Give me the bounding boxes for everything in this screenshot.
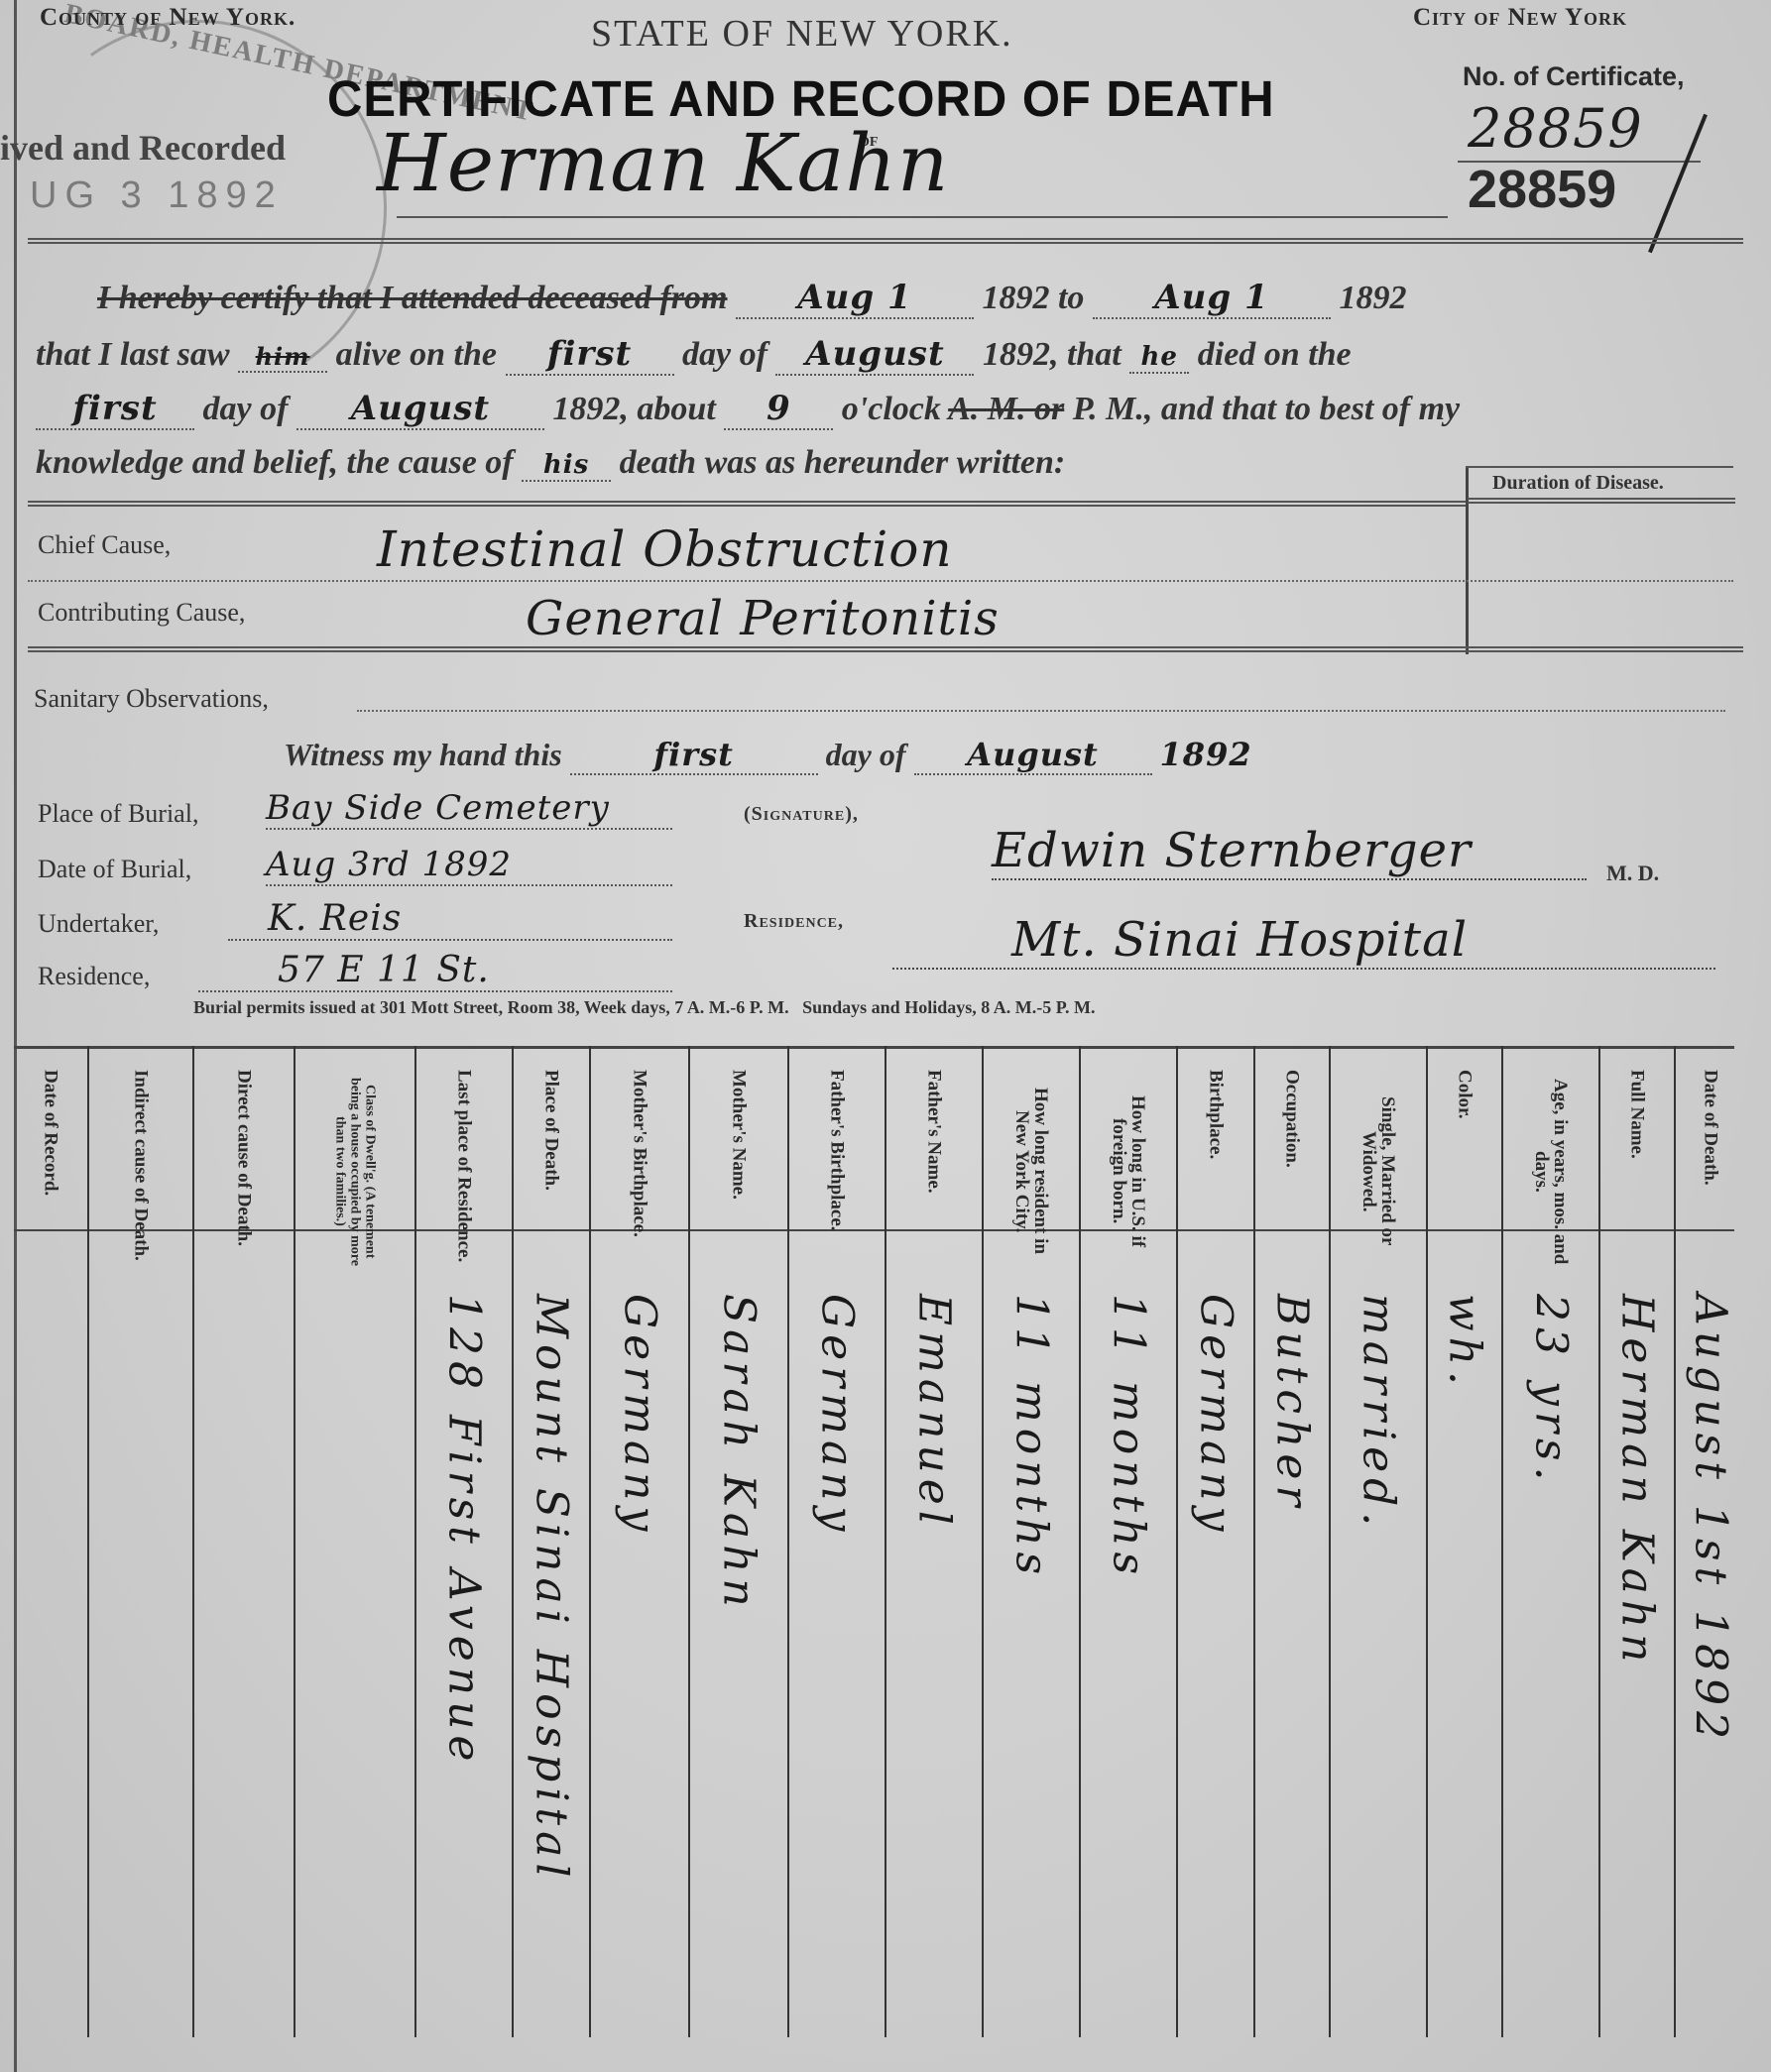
- pronoun-he-field: he: [1129, 342, 1189, 374]
- duration-label: Duration of Disease.: [1492, 472, 1664, 495]
- contributing-cause-value: General Peritonitis: [526, 591, 1000, 646]
- certificate-number-handwritten: 28859: [1468, 97, 1643, 160]
- attended-from-field: Aug 1: [736, 278, 974, 319]
- duration-column-rule: [1466, 466, 1469, 654]
- header-divider: [28, 238, 1743, 244]
- county-heading: County of New York.: [40, 4, 295, 32]
- column-date-of-record: Date of Record.: [14, 1046, 87, 2072]
- signature-label: (Signature),: [744, 803, 859, 826]
- column-occupation: Occupation. Butcher: [1255, 1046, 1329, 2072]
- column-fathers-name: Father's Name. Emanuel: [886, 1046, 982, 2072]
- cert-line-3: first day of August 1892, about 9 o'cloc…: [36, 389, 1460, 430]
- death-certificate-page: BOARD, HEALTH DEPARTMENT ived and Record…: [0, 0, 1771, 2072]
- pronoun-him-field: him: [238, 342, 327, 373]
- duration-top-rule: [1466, 466, 1733, 468]
- record-table: Date of Record. Indirect cause of Death.…: [14, 1046, 1734, 2072]
- death-hour-field: 9: [724, 389, 833, 430]
- contributing-cause-label: Contributing Cause,: [38, 598, 245, 628]
- column-birthplace: Birthplace. Germany: [1178, 1046, 1253, 2072]
- deceased-name: Herman Kahn: [377, 117, 949, 209]
- sanitary-observations-label: Sanitary Observations,: [34, 684, 269, 714]
- place-of-burial-label: Place of Burial,: [38, 799, 198, 829]
- city-heading: City of New York: [1413, 4, 1627, 32]
- column-age: Age, in years, mos. and days. 23 yrs.: [1503, 1046, 1598, 2072]
- place-of-burial-value: Bay Side Cemetery: [266, 788, 672, 830]
- pronoun-his-field: his: [522, 450, 611, 482]
- name-underline: [397, 216, 1448, 218]
- stamp-received-recorded: ived and Recorded: [0, 127, 286, 169]
- cert-line-4: knowledge and belief, the cause of his d…: [36, 444, 1065, 482]
- column-mothers-birthplace: Mother's Birthplace. Germany: [591, 1046, 688, 2072]
- witness-day-field: first: [570, 736, 818, 775]
- attended-to-field: Aug 1: [1093, 278, 1331, 319]
- burial-permits-notice: Burial permits issued at 301 Mott Street…: [193, 997, 1096, 1018]
- undertaker-residence-label: Residence,: [38, 962, 150, 991]
- chief-cause-rule: [28, 580, 1733, 582]
- column-direct-cause: Direct cause of Death.: [194, 1046, 294, 2072]
- physician-signature: Edwin Sternberger: [992, 823, 1587, 880]
- cert-line-1: I hereby certify that I attended decease…: [97, 278, 1406, 319]
- undertaker-value: K. Reis: [228, 898, 672, 941]
- certificate-number-label: No. of Certificate,: [1463, 61, 1685, 92]
- witness-line: Witness my hand this first day of August…: [284, 736, 1252, 775]
- column-time-in-us: How long in U.S. if foreign born. 11 mon…: [1081, 1046, 1176, 2072]
- column-full-name: Full Name. Herman Kahn: [1600, 1046, 1674, 2072]
- column-mothers-name: Mother's Name. Sarah Kahn: [690, 1046, 787, 2072]
- death-month-field: August: [296, 389, 544, 430]
- certificate-slash-mark: [1648, 114, 1708, 254]
- column-color: Color. wh.: [1428, 1046, 1501, 2072]
- certificate-number-printed: 28859: [1468, 159, 1616, 220]
- column-last-residence: Last place of Residence. 128 First Avenu…: [416, 1046, 512, 2072]
- state-heading: STATE OF NEW YORK.: [591, 12, 1013, 56]
- column-marital-status: Single, Married or Widowed. married.: [1331, 1046, 1426, 2072]
- date-of-burial-value: Aug 3rd 1892: [266, 845, 672, 886]
- death-day-field: first: [36, 389, 194, 430]
- column-class-of-dwelling: Class of Dwell'g. (A tenement being a ho…: [295, 1046, 414, 2072]
- sanitary-observations-line: [357, 710, 1725, 712]
- column-fathers-birthplace: Father's Birthplace. Germany: [789, 1046, 885, 2072]
- causes-top-rule: [28, 501, 1466, 507]
- physician-residence-label: Residence,: [744, 910, 844, 933]
- cert-line-2: that I last saw him alive on the first d…: [36, 334, 1352, 376]
- witness-month-field: August: [914, 736, 1152, 775]
- chief-cause-label: Chief Cause,: [38, 530, 171, 560]
- last-seen-month-field: August: [775, 334, 974, 376]
- undertaker-residence-value: 57 E 11 St.: [198, 950, 672, 992]
- column-indirect-cause: Indirect cause of Death.: [89, 1046, 192, 2072]
- column-resident-nyc: How long resident in New York City. 11 m…: [984, 1046, 1079, 2072]
- undertaker-label: Undertaker,: [38, 909, 159, 939]
- causes-bottom-rule: [28, 646, 1743, 652]
- physician-residence-value: Mt. Sinai Hospital: [892, 912, 1715, 970]
- column-place-of-death: Place of Death. Mount Sinai Hospital: [514, 1046, 589, 2072]
- duration-header-rule: [1468, 498, 1735, 504]
- md-suffix: M. D.: [1606, 861, 1659, 886]
- date-of-burial-label: Date of Burial,: [38, 855, 191, 884]
- column-date-of-death: Date of Death. August 1st 1892: [1676, 1046, 1745, 2072]
- stamp-date: UG 3 1892: [30, 174, 284, 217]
- chief-cause-value: Intestinal Obstruction: [377, 520, 953, 578]
- last-seen-day-field: first: [506, 334, 674, 376]
